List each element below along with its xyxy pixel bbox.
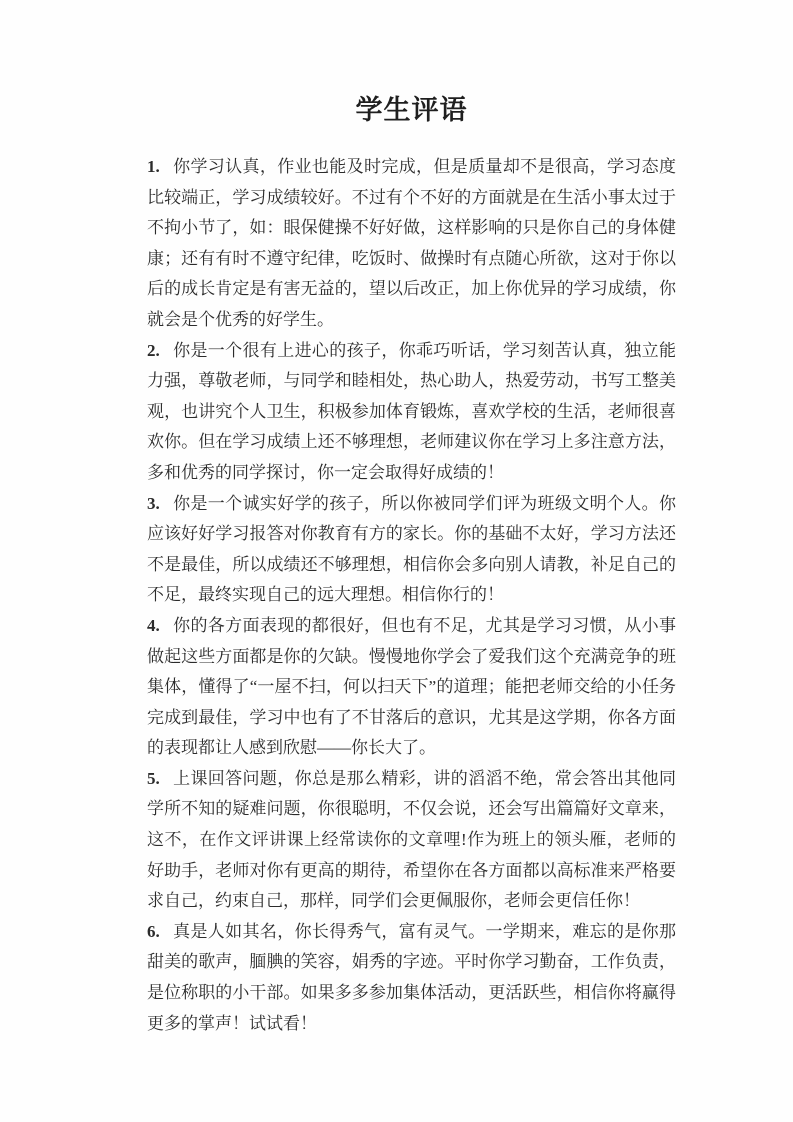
comment-number: 4.	[147, 616, 160, 635]
comment-item-4: 4.你的各方面表现的都很好，但也有不足，尤其是学习习惯，从小事做起这些方面都是你…	[147, 611, 676, 764]
comment-number: 1.	[147, 157, 160, 176]
page-title: 学生评语	[147, 92, 676, 128]
comment-text: 你是一个很有上进心的孩子，你乖巧听话，学习刻苦认真，独立能力强，尊敬老师，与同学…	[147, 341, 676, 482]
comment-text: 你是一个诚实好学的孩子，所以你被同学们评为班级文明个人。你应该好好学习报答对你教…	[147, 494, 676, 605]
comment-item-6: 6.真是人如其名，你长得秀气，富有灵气。一学期来，难忘的是你那甜美的歌声，腼腆的…	[147, 917, 676, 1039]
document-page: 学生评语 1.你学习认真，作业也能及时完成，但是质量却不是很高，学习态度比较端正…	[0, 0, 793, 1122]
comment-number: 2.	[147, 341, 160, 360]
comment-item-1: 1.你学习认真，作业也能及时完成，但是质量却不是很高，学习态度比较端正，学习成绩…	[147, 152, 676, 336]
comment-number: 6.	[147, 922, 160, 941]
comment-text: 你的各方面表现的都很好，但也有不足，尤其是学习习惯，从小事做起这些方面都是你的欠…	[147, 616, 676, 757]
comment-number: 3.	[147, 494, 160, 513]
comment-text: 你学习认真，作业也能及时完成，但是质量却不是很高，学习态度比较端正，学习成绩较好…	[147, 157, 676, 329]
comment-number: 5.	[147, 769, 160, 788]
comment-text: 上课回答问题，你总是那么精彩，讲的滔滔不绝，常会答出其他同学所不知的疑难问题，你…	[147, 769, 676, 910]
comment-item-3: 3.你是一个诚实好学的孩子，所以你被同学们评为班级文明个人。你应该好好学习报答对…	[147, 489, 676, 611]
comment-item-2: 2.你是一个很有上进心的孩子，你乖巧听话，学习刻苦认真，独立能力强，尊敬老师，与…	[147, 336, 676, 489]
comment-item-5: 5.上课回答问题，你总是那么精彩，讲的滔滔不绝，常会答出其他同学所不知的疑难问题…	[147, 764, 676, 917]
comment-text: 真是人如其名，你长得秀气，富有灵气。一学期来，难忘的是你那甜美的歌声，腼腆的笑容…	[147, 922, 676, 1033]
